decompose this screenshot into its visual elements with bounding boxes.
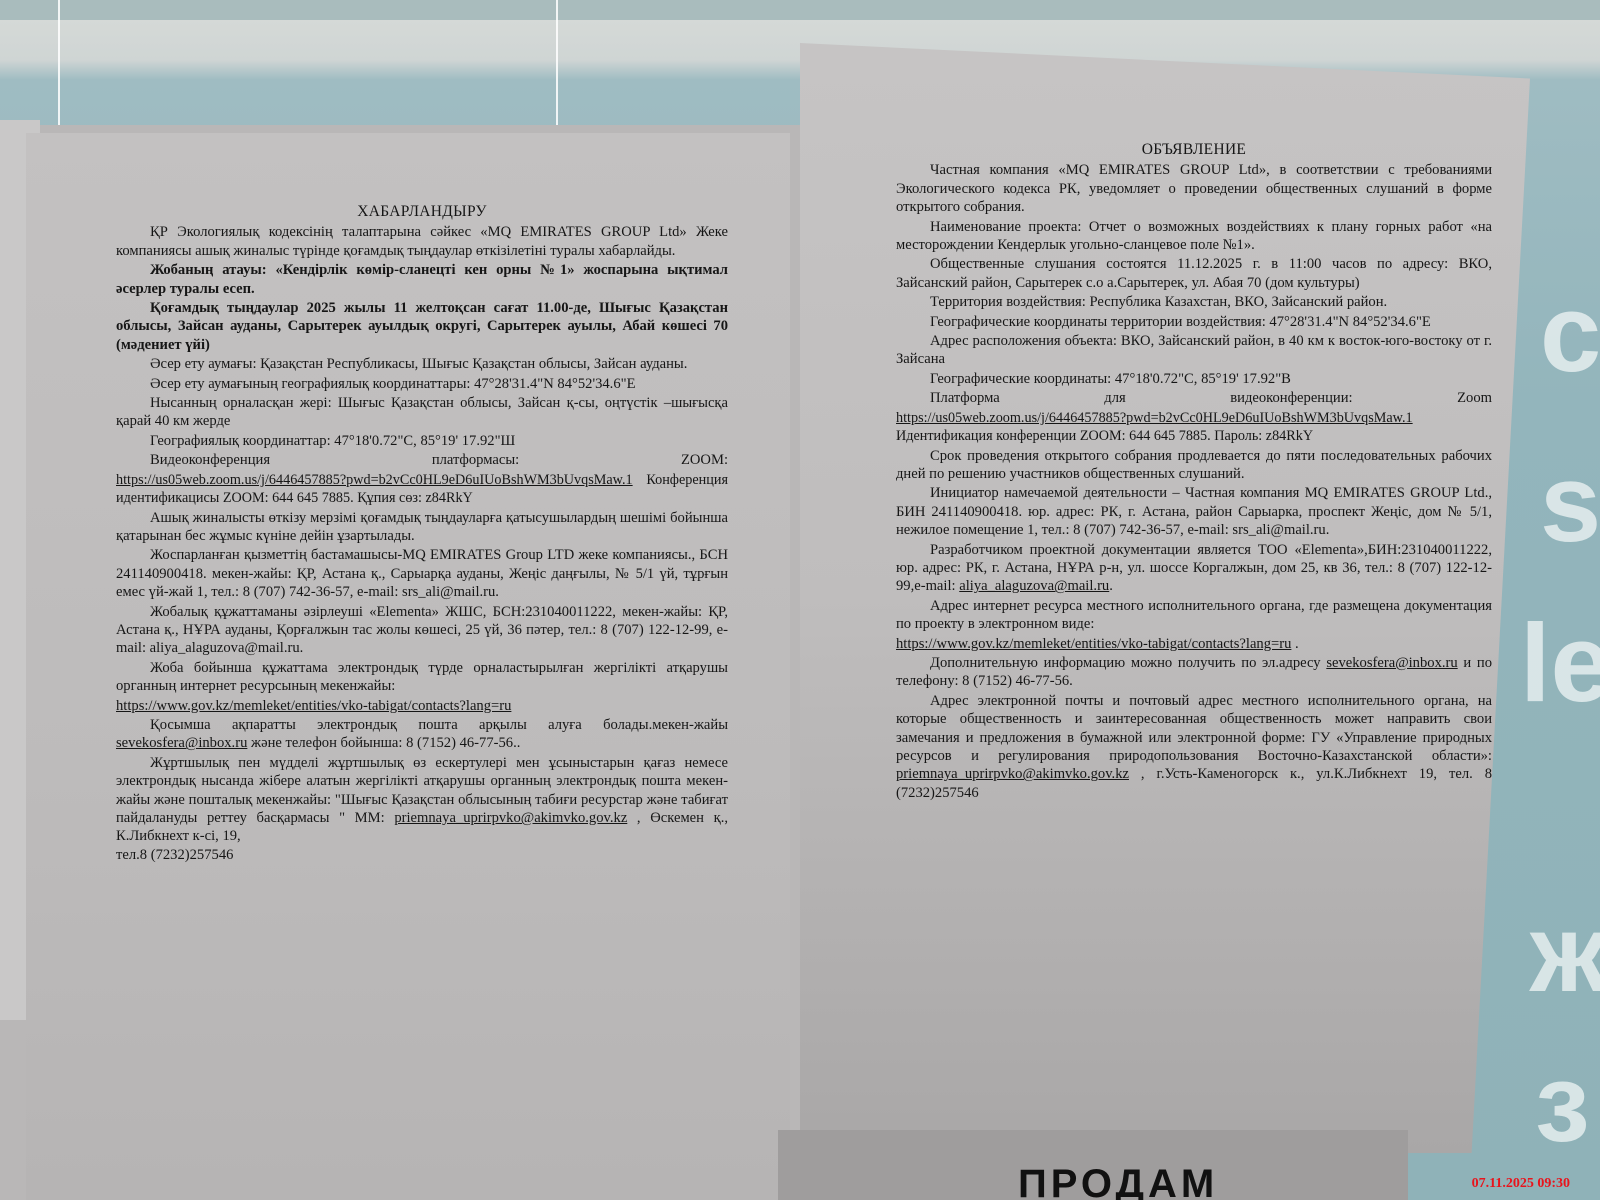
project-name: Жобаның атауы: «Кендірлік көмір-сланецті… [116,261,728,298]
photo-timestamp: 07.11.2025 09:30 [1472,1176,1570,1192]
glass-reflection-line [58,0,60,125]
notice-body-kazakh: ХАБАРЛАНДЫРУ ҚР Экологиялық кодексінің т… [116,203,728,865]
hearing-date-place: Қоғамдық тыңдаулар 2025 жылы 11 желтоқса… [116,299,728,354]
zoom-block: https://us05web.zoom.us/j/6446457885?pwd… [116,471,728,508]
initiator-info: Жоспарланған қызметтің бастамашысы-MQ EM… [116,546,728,601]
hearing-date-place: Общественные слушания состоятся 11.12.20… [896,255,1492,292]
docs-resource-label: Адрес интернет ресурса местного исполнит… [896,597,1492,634]
background-sign-letter: ж [1530,890,1600,1017]
object-location: Адрес расположения объекта: ВКО, Зайсанс… [896,332,1492,369]
notice-title: ОБЪЯВЛЕНИЕ [896,141,1492,159]
zoom-block: https://us05web.zoom.us/j/6446457885?pwd… [896,409,1492,446]
notice-body-russian: ОБЪЯВЛЕНИЕ Частная компания «MQ EMIRATES… [896,141,1492,803]
zoom-link[interactable]: https://us05web.zoom.us/j/6446457885?pwd… [116,472,633,488]
remarks-info: Жұртшылық пен мүдделі жұртшылық өз ескер… [116,754,728,864]
background-sign-letter: c [1540,270,1600,397]
notice-paragraph: Частная компания «MQ EMIRATES GROUP Ltd»… [896,161,1492,216]
extra-info-phone: және телефон бойынша: 8 (7152) 46-77-56.… [247,735,520,751]
background-sign-letter: з [1535,1040,1590,1167]
initiator-info: Инициатор намечаемой деятельности – Част… [896,484,1492,539]
extra-info-email-link[interactable]: sevekosfera@inbox.ru [116,735,247,751]
notice-paragraph: ҚР Экологиялық кодексінің талаптарына сә… [116,223,728,260]
remarks-phone: тел.8 (7232)257546 [116,847,233,863]
docs-resource-label: Жоба бойынша құжаттама электрондық түрде… [116,659,728,696]
project-name: Наименование проекта: Отчет о возможных … [896,218,1492,255]
bottom-sale-sign: ПРОДАМ [778,1130,1408,1200]
docs-resource: https://www.gov.kz/memleket/entities/vko… [116,697,728,715]
extension-note: Срок проведения открытого собрания продл… [896,447,1492,484]
impact-territory: Әсер ету аумағы: Қазақстан Республикасы,… [116,355,728,373]
developer-email-link[interactable]: aliya_alaguzova@mail.ru [959,578,1109,594]
remarks-text: Адрес электронной почты и почтовый адрес… [896,693,1492,764]
glass-reflection-line [556,0,558,135]
geo-coordinates: Географические координаты: 47°18'0.72"С,… [896,370,1492,388]
background-sign-letter: le [1520,600,1600,727]
impact-coordinates: Әсер ету аумағының географиялық координа… [116,375,728,393]
zoom-platform-label: Видеоконференция платформасы: ZOOM: [116,451,728,469]
notice-title: ХАБАРЛАНДЫРУ [116,203,728,221]
extra-info-text: Дополнительную информацию можно получить… [930,655,1321,671]
developer-info: Разработчиком проектной документации явл… [896,541,1492,596]
impact-territory: Территория воздействия: Республика Казах… [896,293,1492,311]
extension-note: Ашық жиналысты өткізу мерзімі қоғамдық т… [116,509,728,546]
remarks-email-link[interactable]: priemnaya_uprirpvko@akimvko.gov.kz [394,810,627,826]
notice-sheet-russian: ОБЪЯВЛЕНИЕ Частная компания «MQ EMIRATES… [800,43,1530,1153]
extra-info-text: Қосымша ақпаратты электрондық пошта арқы… [150,717,728,733]
zoom-link[interactable]: https://us05web.zoom.us/j/6446457885?pwd… [896,410,1413,426]
extra-info: Дополнительную информацию можно получить… [896,654,1492,691]
zoom-platform-label: Платформа для видеоконференции: Zoom [896,389,1492,407]
remarks-info: Адрес электронной почты и почтовый адрес… [896,692,1492,802]
extra-info-email-link[interactable]: sevekosfera@inbox.ru [1326,655,1457,671]
remarks-email-link[interactable]: priemnaya_uprirpvko@akimvko.gov.kz [896,766,1129,782]
developer-info: Жобалық құжаттаманы әзірлеуші «Elementa»… [116,603,728,658]
docs-link[interactable]: https://www.gov.kz/memleket/entities/vko… [116,698,511,714]
impact-coordinates: Географические координаты территории воз… [896,313,1492,331]
background-sign-letter: s [1540,440,1600,567]
bottom-sign-text: ПРОДАМ [1018,1162,1218,1200]
docs-resource: https://www.gov.kz/memleket/entities/vko… [896,635,1492,653]
extra-info: Қосымша ақпаратты электрондық пошта арқы… [116,716,728,753]
notice-sheet-kazakh: ХАБАРЛАНДЫРУ ҚР Экологиялық кодексінің т… [26,133,790,1200]
geo-coordinates: Географиялық координаттар: 47°18'0.72"С,… [116,432,728,450]
object-location: Нысанның орналасқан жері: Шығыс Қазақста… [116,394,728,431]
docs-link[interactable]: https://www.gov.kz/memleket/entities/vko… [896,636,1291,652]
zoom-conference-id: Идентификация конференции ZOOM: 644 645 … [896,428,1313,444]
